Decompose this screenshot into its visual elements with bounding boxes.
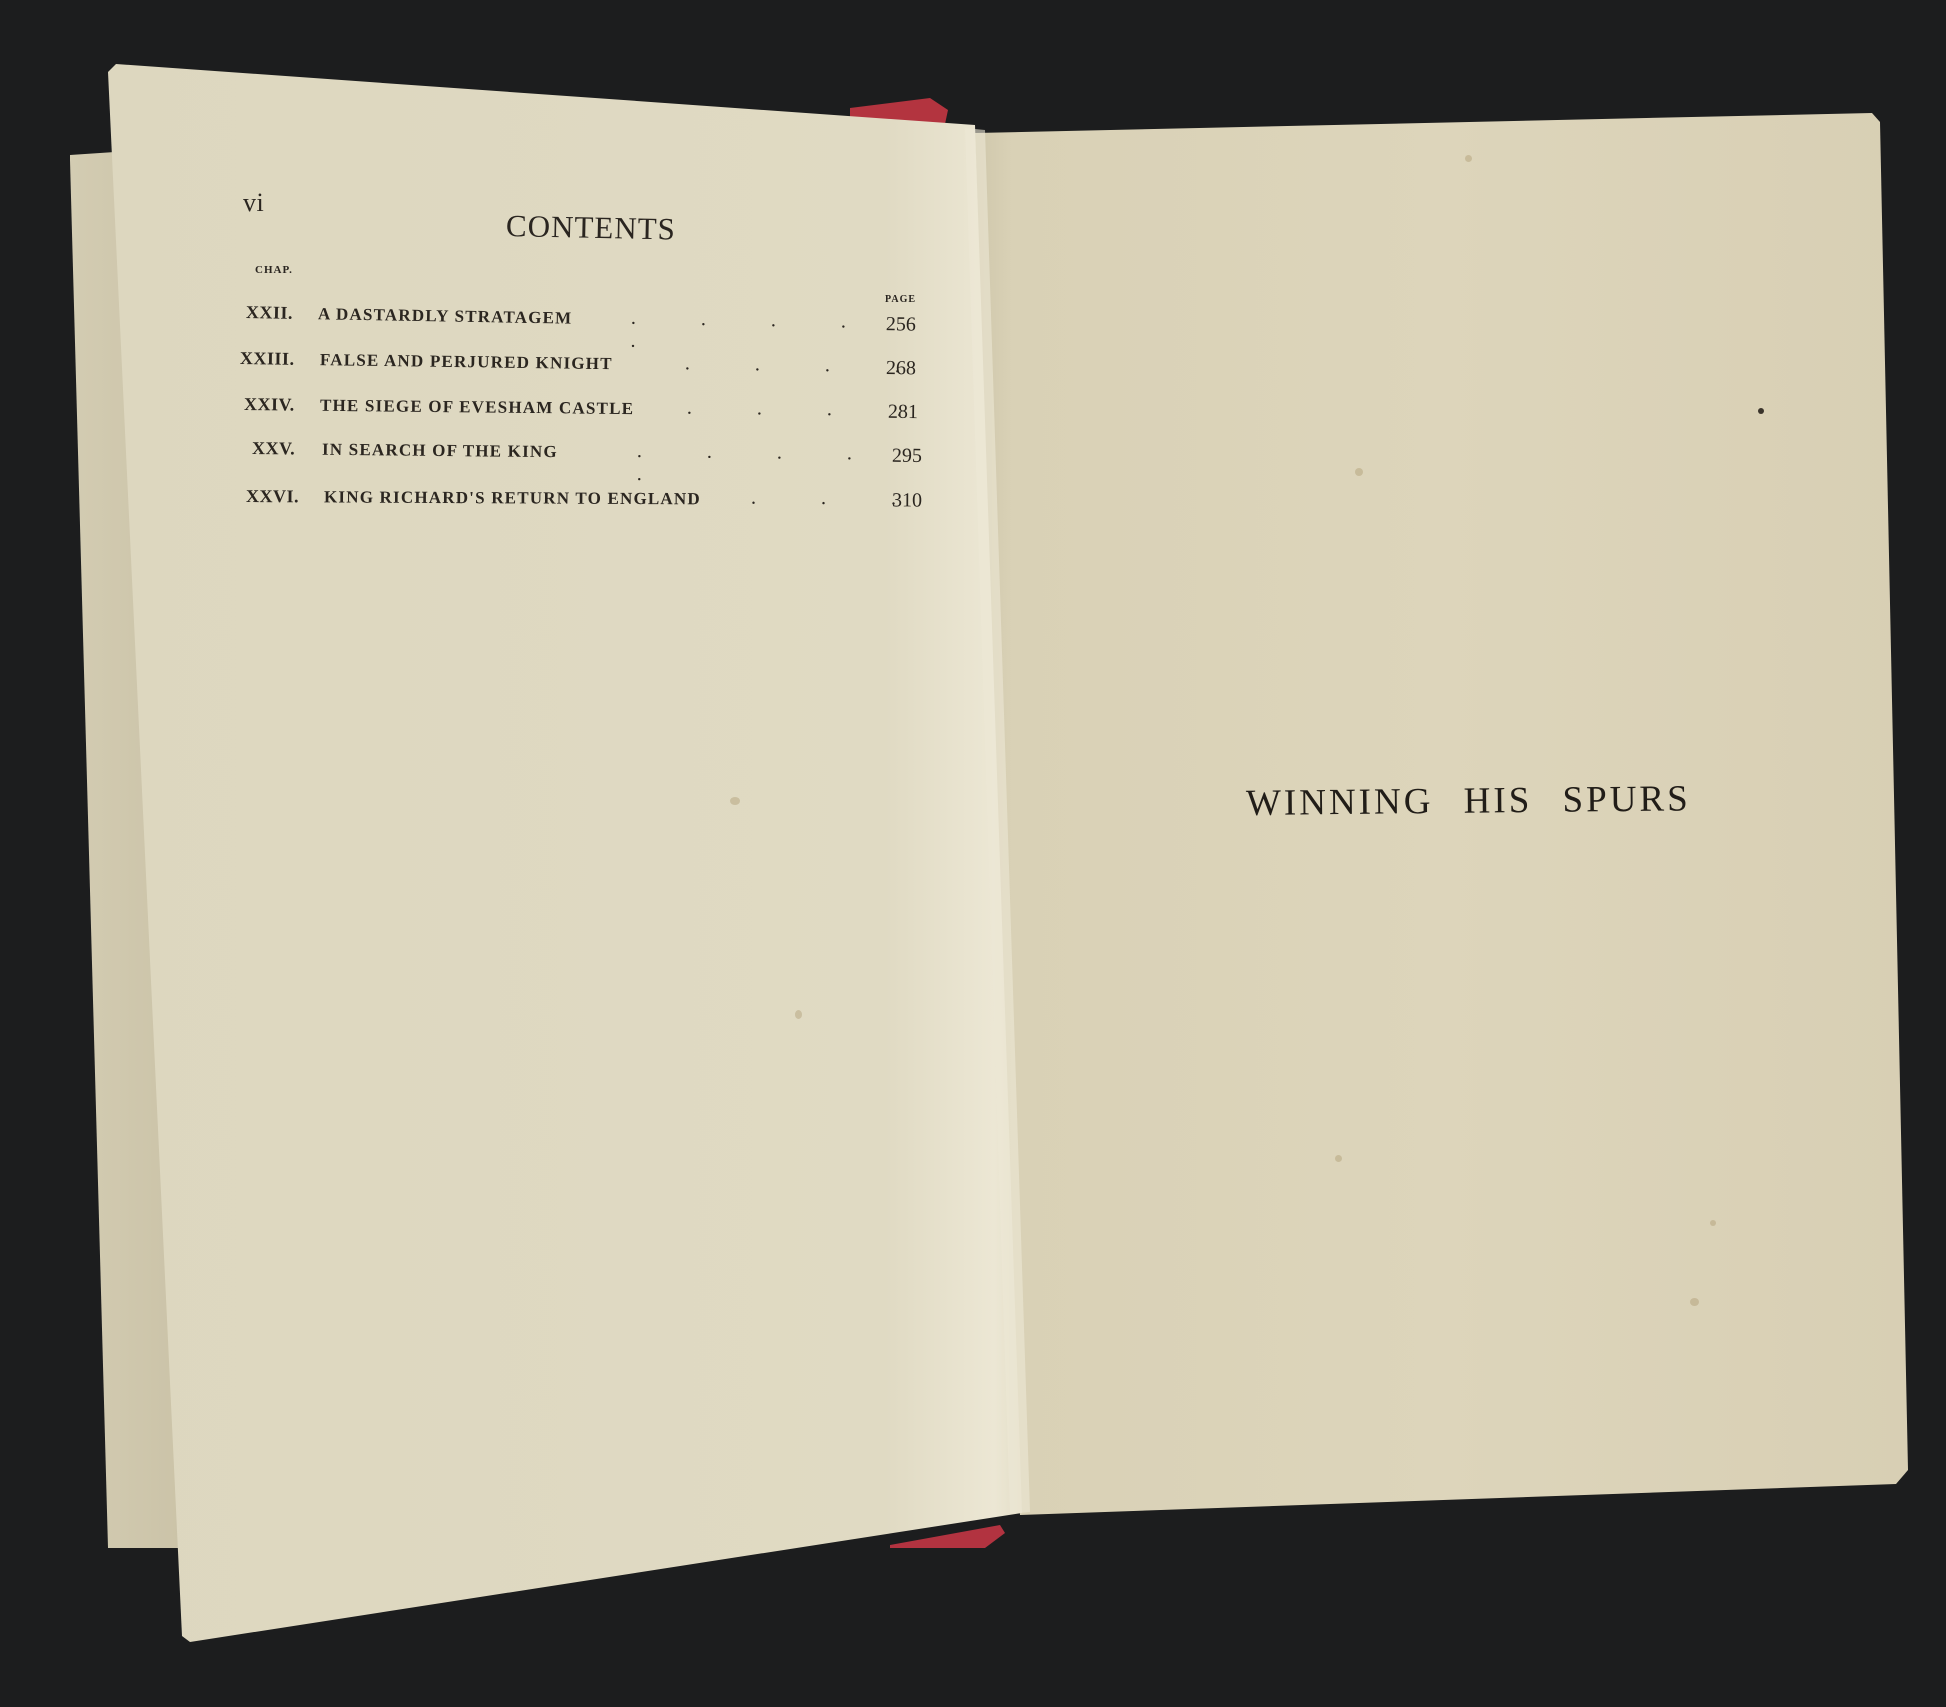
chapter-title: IN SEARCH OF THE KING — [322, 440, 558, 462]
chapter-number: XXIII. — [240, 348, 295, 370]
chapter-title: KING RICHARD'S RETURN TO ENGLAND — [324, 487, 701, 509]
page-label: PAGE — [885, 294, 916, 305]
chapter-page: 310 — [892, 489, 922, 512]
toc-entry: XXVI. KING RICHARD'S RETURN TO ENGLAND .… — [246, 482, 936, 516]
chapter-number: XXVI. — [246, 486, 299, 507]
chapter-page: 281 — [888, 401, 918, 424]
book-pages-shapes — [0, 0, 1946, 1707]
page-number: vi — [243, 188, 264, 218]
paper-speck — [1710, 1220, 1716, 1226]
chapter-number: XXII. — [246, 302, 293, 324]
paper-speck — [1690, 1298, 1699, 1306]
chapter-page: 295 — [892, 445, 922, 468]
chapter-page: 256 — [886, 313, 916, 337]
paper-speck — [795, 1010, 802, 1019]
open-book-photo: vi CONTENTS CHAP. PAGE XXII. A DASTARDLY… — [0, 0, 1946, 1707]
paper-speck — [1355, 468, 1363, 476]
chapter-title: FALSE AND PERJURED KNIGHT — [320, 350, 613, 374]
ink-speck — [1758, 408, 1764, 414]
chapter-page: 268 — [886, 357, 916, 380]
chapter-number: XXIV. — [244, 394, 295, 416]
chapter-title: A DASTARDLY STRATAGEM — [318, 304, 573, 328]
book-title: WINNING HIS SPURS — [1246, 777, 1691, 825]
chapter-title: THE SIEGE OF EVESHAM CASTLE — [320, 396, 634, 419]
paper-speck — [1465, 155, 1472, 162]
chap-label: CHAP. — [255, 264, 293, 276]
paper-speck — [1335, 1155, 1342, 1162]
contents-heading: CONTENTS — [506, 208, 677, 248]
paper-speck — [730, 797, 740, 805]
chapter-number: XXV. — [252, 438, 295, 459]
